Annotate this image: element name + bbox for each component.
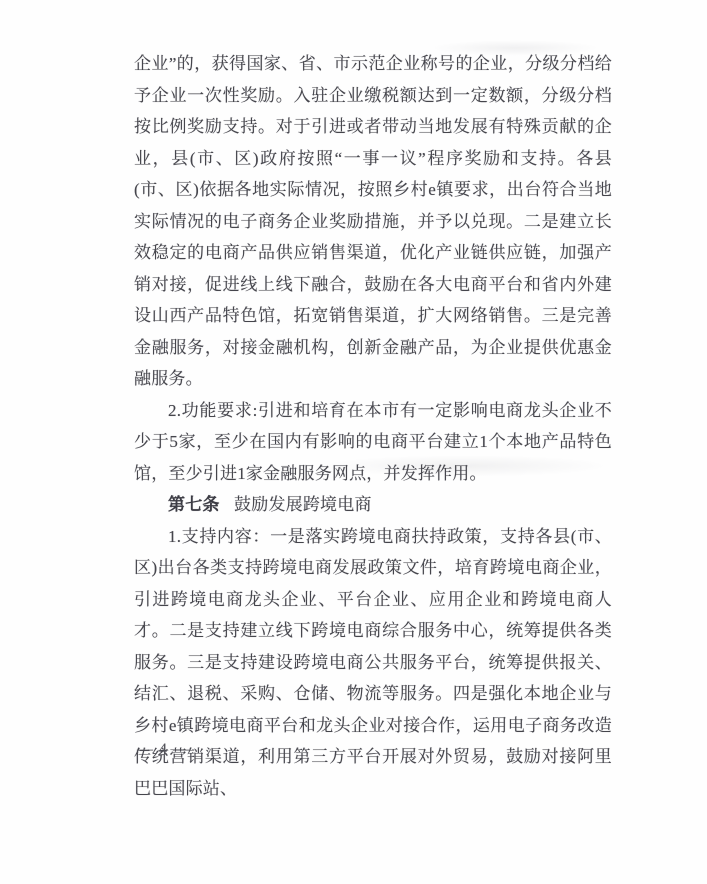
paragraph-continuation: 企业”的，获得国家、省、市示范企业称号的企业，分级分档给予企业一次性奖励。入驻企… (134, 48, 612, 395)
document-page: 企业”的，获得国家、省、市示范企业称号的企业，分级分档给予企业一次性奖励。入驻企… (0, 0, 707, 884)
article-number: 第七条 (168, 495, 220, 514)
paragraph-support-content: 1.支持内容：一是落实跨境电商扶持政策，支持各县(市、区)出台各类支持跨境电商发… (134, 521, 612, 805)
paragraph-function-requirements: 2.功能要求:引进和培育在本市有一定影响电商龙头企业不少于5家，至少在国内有影响… (134, 395, 612, 490)
document-body: 企业”的，获得国家、省、市示范企业称号的企业，分级分档给予企业一次性奖励。入驻企… (134, 48, 612, 804)
page-number: — 4 — (137, 741, 190, 759)
article-title: 鼓励发展跨境电商 (234, 495, 372, 514)
article-heading: 第七条鼓励发展跨境电商 (134, 489, 612, 521)
